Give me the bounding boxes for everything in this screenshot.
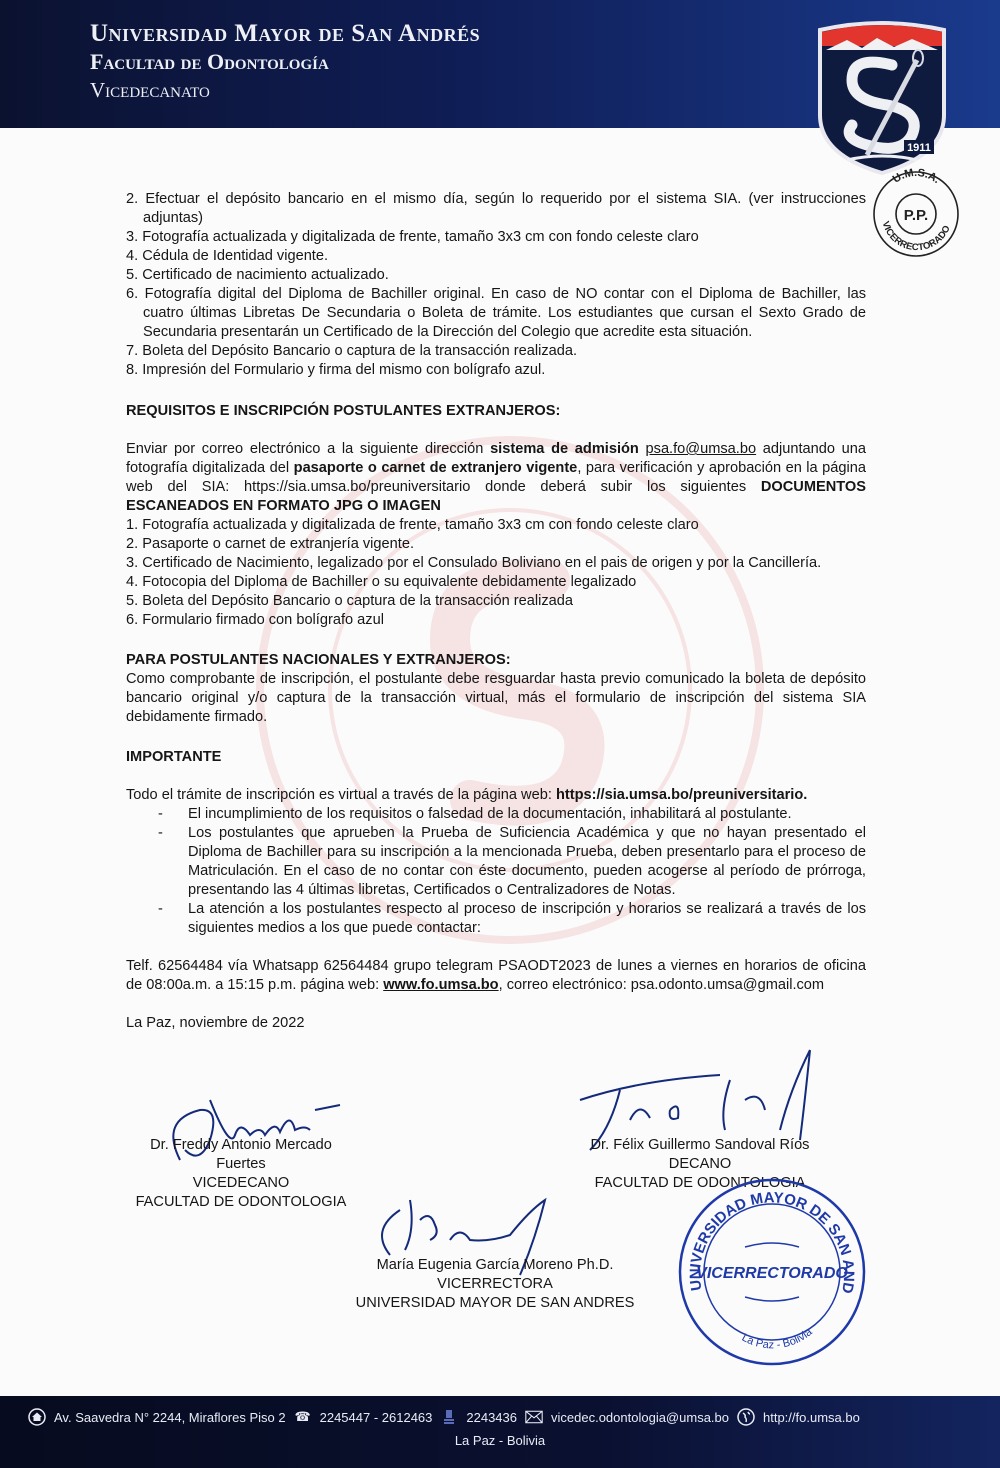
signatory-role: DECANO <box>580 1155 820 1174</box>
list-item: -El incumplimiento de los requisitos o f… <box>126 805 866 824</box>
home-icon <box>28 1408 46 1426</box>
signatory-vicedecano: Dr. Freddy Antonio Mercado Fuertes VICED… <box>126 1136 356 1212</box>
vicerrectorado-stamp: UNIVERSIDAD MAYOR DE SAN ANDRES La Paz -… <box>675 1175 870 1370</box>
envelope-icon <box>525 1408 543 1426</box>
list-item: 3. Certificado de Nacimiento, legalizado… <box>126 554 866 573</box>
university-name: Universidad Mayor de San Andrés <box>90 20 480 48</box>
signatory-unit: FACULTAD DE ODONTOLOGIA <box>126 1193 356 1212</box>
important-bullets: -El incumplimiento de los requisitos o f… <box>126 805 866 938</box>
both-section-text: Como comprobante de inscripción, el post… <box>126 670 866 727</box>
list-item: -La atención a los postulantes respecto … <box>126 900 866 938</box>
faculty-name: Facultad de Odontología <box>90 48 480 76</box>
svg-text:VICERRECTORADO: VICERRECTORADO <box>696 1265 848 1282</box>
footer-city: La Paz - Bolivia <box>0 1433 1000 1448</box>
faculty-crest-icon: 1911 <box>812 20 952 175</box>
pp-stamp: U.M.S.A. VICERRECTORADO P.P. <box>866 168 966 260</box>
document-body: 2. Efectuar el depósito bancario en el m… <box>126 190 866 1033</box>
list-item: 7. Boleta del Depósito Bancario o captur… <box>126 342 866 361</box>
svg-text:P.P.: P.P. <box>904 207 928 224</box>
telephone-icon: ☎ <box>294 1408 312 1426</box>
list-item: 4. Fotocopia del Diploma de Bachiller o … <box>126 573 866 592</box>
national-requirements-list: 2. Efectuar el depósito bancario en el m… <box>126 190 866 380</box>
letterhead-titles: Universidad Mayor de San Andrés Facultad… <box>90 20 480 104</box>
letterhead-footer: Av. Saavedra N° 2244, Miraflores Piso 2 … <box>0 1396 1000 1468</box>
list-item: -Los postulantes que aprueben la Prueba … <box>126 824 866 900</box>
signatory-unit: UNIVERSIDAD MAYOR DE SAN ANDRES <box>340 1294 650 1313</box>
list-item: 8. Impresión del Formulario y firma del … <box>126 361 866 380</box>
foreign-section-heading: REQUISITOS E INSCRIPCIÓN POSTULANTES EXT… <box>126 402 866 421</box>
signatory-vicerrectora: María Eugenia García Moreno Ph.D. VICERR… <box>340 1256 650 1313</box>
list-item: 2. Pasaporte o carnet de extranjería vig… <box>126 535 866 554</box>
signatory-name: María Eugenia García Moreno Ph.D. <box>340 1256 650 1275</box>
list-item: 3. Fotografía actualizada y digitalizada… <box>126 228 866 247</box>
list-item: 5. Certificado de nacimiento actualizado… <box>126 266 866 285</box>
footer-contact-row: Av. Saavedra N° 2244, Miraflores Piso 2 … <box>28 1408 860 1426</box>
foreign-requirements-list: 1. Fotografía actualizada y digitalizada… <box>126 516 866 630</box>
crest-year: 1911 <box>907 142 931 154</box>
faculty-web-link[interactable]: www.fo.umsa.bo <box>383 977 498 993</box>
contact-paragraph: Telf. 62564484 vía Whatsapp 62564484 gru… <box>126 957 866 995</box>
fax-icon <box>440 1408 458 1426</box>
list-item: 4. Cédula de Identidad vigente. <box>126 247 866 266</box>
signatory-role: VICEDECANO <box>126 1174 356 1193</box>
list-item: 1. Fotografía actualizada y digitalizada… <box>126 516 866 535</box>
date-line: La Paz, noviembre de 2022 <box>126 1014 866 1033</box>
sia-url-link[interactable]: https://sia.umsa.bo/preuniversitario. <box>556 787 807 803</box>
list-item: 5. Boleta del Depósito Bancario o captur… <box>126 592 866 611</box>
both-section-heading: PARA POSTULANTES NACIONALES Y EXTRANJERO… <box>126 651 866 670</box>
footer-address: Av. Saavedra N° 2244, Miraflores Piso 2 <box>54 1410 286 1425</box>
footer-fax: 2243436 <box>466 1410 517 1425</box>
admission-email-link[interactable]: psa.fo@umsa.bo <box>646 441 757 457</box>
footer-phones[interactable]: 2245447 - 2612463 <box>320 1410 433 1425</box>
signatory-role: VICERRECTORA <box>340 1275 650 1294</box>
svg-text:La Paz - Bolivia: La Paz - Bolivia <box>740 1326 815 1352</box>
office-name: Vicedecanato <box>90 76 480 104</box>
list-item: 6. Formulario firmado con bolígrafo azul <box>126 611 866 630</box>
foreign-intro-paragraph: Enviar por correo electrónico a la sigui… <box>126 440 866 516</box>
important-intro: Todo el trámite de inscripción es virtua… <box>126 786 866 805</box>
signatory-name: Dr. Freddy Antonio Mercado Fuertes <box>126 1136 356 1174</box>
list-item: 6. Fotografía digital del Diploma de Bac… <box>126 285 866 342</box>
globe-icon <box>737 1408 755 1426</box>
important-heading: IMPORTANTE <box>126 748 866 767</box>
svg-text:U.M.S.A.: U.M.S.A. <box>891 168 943 186</box>
list-item: 2. Efectuar el depósito bancario en el m… <box>126 190 866 228</box>
footer-email[interactable]: vicedec.odontologia@umsa.bo <box>551 1410 729 1425</box>
footer-website[interactable]: http://fo.umsa.bo <box>763 1410 860 1425</box>
signatory-name: Dr. Félix Guillermo Sandoval Ríos <box>580 1136 820 1155</box>
